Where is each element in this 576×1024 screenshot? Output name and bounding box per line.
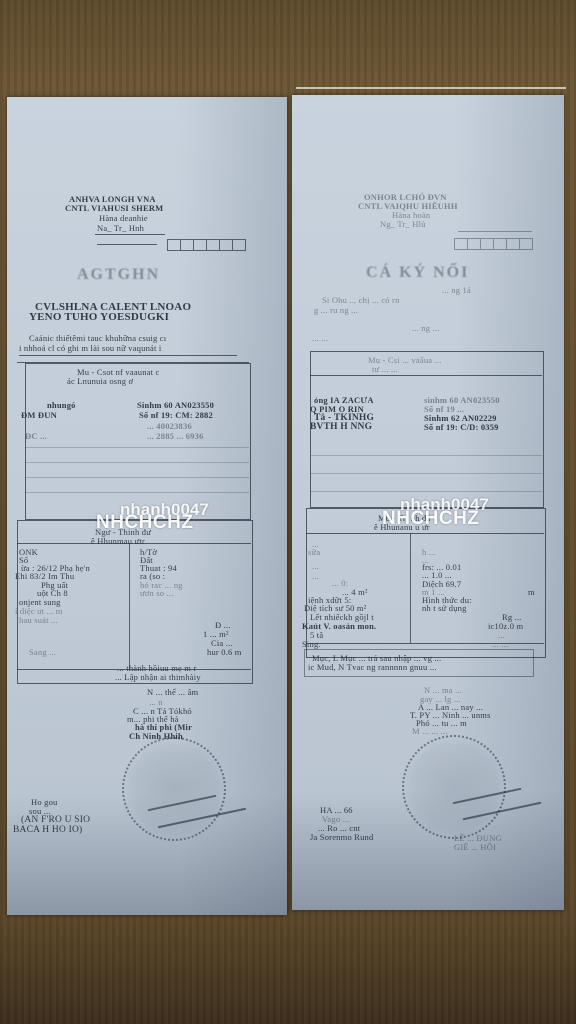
row-line — [25, 447, 249, 448]
subtitle-line: YENO TUHO YOESDUGKI — [29, 312, 169, 323]
parcel-unit: m — [528, 587, 535, 598]
row-line — [310, 491, 542, 492]
parcel-field: Sang ... — [29, 647, 56, 658]
parcel-field: nh t sử dụng — [422, 603, 467, 614]
divider — [95, 234, 165, 235]
page-edge-highlight — [296, 87, 566, 89]
serial-number-cells — [454, 238, 533, 250]
divider — [306, 643, 544, 644]
owner-id: Số nf 19: CM: 2882 — [139, 410, 213, 421]
parcel-field: ... — [312, 571, 319, 582]
official-seal-stamp — [402, 735, 506, 839]
divider — [17, 543, 251, 544]
intro-line: g ... ru ng ... — [314, 305, 358, 316]
watermark-text: NHCHCHZ — [96, 512, 193, 534]
divider — [306, 533, 544, 534]
official-seal-stamp — [122, 737, 226, 841]
watermark-text: NHCHCHZ — [382, 508, 479, 530]
header-line: Na_ Tr_ Hnh — [97, 223, 144, 234]
section-heading: ác Lnunuia osng ơ — [67, 376, 133, 387]
parcel-area: hur 0.6 m — [207, 647, 242, 658]
document-title: CÁ KÝ NỐI — [366, 267, 469, 278]
owner-name: BVTH H NNG — [310, 422, 372, 433]
row-line — [25, 462, 249, 463]
parcel-field: ươn so ... — [140, 588, 174, 599]
registry-line: BACA H HO IO) — [13, 825, 82, 836]
row-line — [310, 455, 542, 456]
notes-box — [304, 649, 534, 677]
intro-line: ... ng 1á — [442, 285, 471, 296]
row-line — [310, 473, 542, 474]
note-line: ... Lập nhận ai thimhàiy — [115, 672, 201, 683]
section-heading: tư ... ... — [372, 364, 398, 375]
divider — [97, 244, 157, 245]
divider — [310, 375, 542, 376]
registry-line: Ja Sorenmo Rund — [310, 832, 373, 843]
divider — [19, 355, 237, 356]
intro-line: ... ... — [312, 333, 328, 344]
column-divider — [129, 543, 130, 669]
owner-id: ... 2885 ... 6936 — [147, 431, 204, 442]
parcel-field: hau suát ... — [19, 615, 58, 626]
document-title: AGTGHN — [77, 269, 160, 280]
owner-table — [25, 363, 251, 520]
divider — [458, 231, 532, 232]
owner-name: ĐM ĐUN — [21, 410, 57, 421]
header-line: Ng_ Tr_ Hlủ — [380, 219, 426, 230]
parcel-field: ic10z.0 m — [488, 621, 523, 632]
intro-line: ... ng ... — [412, 323, 440, 334]
owner-id: Số nf 19: C/D: 0359 — [424, 422, 499, 433]
parcel-field: sữa — [308, 547, 320, 558]
owner-name: ĐC ... — [25, 431, 47, 442]
section-heading: ê Hhunmau ưtr — [91, 536, 145, 547]
stamp-caption: GIÊ ... HỘI — [454, 842, 496, 853]
intro-line: i nhhoá cl có ghi m lài sou nữ vaqunát i — [19, 343, 161, 354]
row-line — [25, 477, 249, 478]
column-divider — [410, 533, 411, 643]
serial-number-cells — [167, 239, 246, 251]
row-line — [25, 492, 249, 493]
